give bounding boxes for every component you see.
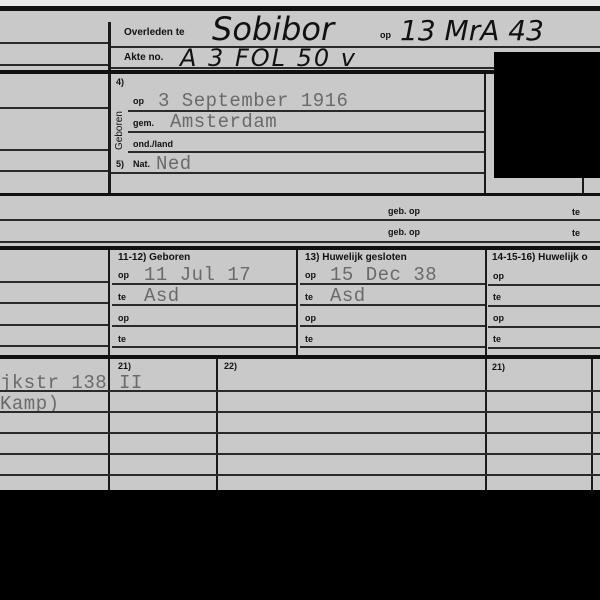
spouse-birth-row-label: te bbox=[118, 334, 126, 344]
column-divider bbox=[591, 359, 593, 490]
rule bbox=[112, 325, 296, 327]
marriage-row-label: te bbox=[305, 334, 313, 344]
rule bbox=[0, 453, 600, 455]
rule bbox=[0, 432, 600, 434]
column-divider bbox=[582, 176, 584, 194]
deed-no-label: Akte no. bbox=[124, 52, 163, 63]
rule bbox=[300, 325, 485, 327]
dissolved-row-label: te bbox=[493, 334, 501, 344]
rule bbox=[0, 390, 600, 392]
spouse-birth-row-label: op bbox=[118, 313, 129, 323]
rule bbox=[300, 346, 485, 348]
died-at-value: Sobibor bbox=[212, 10, 334, 48]
rule bbox=[128, 131, 486, 133]
parent1-place-label: te bbox=[572, 207, 580, 217]
rule bbox=[488, 305, 600, 307]
died-on-value: 13 MrA 43 bbox=[400, 14, 544, 47]
section-border bbox=[0, 355, 600, 359]
dissolved-row-label: op bbox=[493, 313, 504, 323]
redacted-photo-area bbox=[494, 52, 600, 178]
marriage-label: 13) Huwelijk gesloten bbox=[305, 252, 407, 263]
marriage-dissolved-label: 14-15-16) Huwelijk o bbox=[492, 252, 588, 263]
rule bbox=[0, 345, 108, 347]
birth-municipality-label: gem. bbox=[133, 118, 154, 128]
dissolved-row-label: op bbox=[493, 271, 504, 281]
nationality-label: Nat. bbox=[133, 159, 150, 169]
rule bbox=[0, 241, 600, 243]
column-divider bbox=[484, 74, 486, 194]
spouse-birth-row-label: op bbox=[118, 270, 129, 280]
rule bbox=[488, 284, 600, 286]
spouse-birth-row-label: te bbox=[118, 292, 126, 302]
rule bbox=[0, 302, 108, 304]
rule bbox=[0, 149, 108, 151]
birth-municipality-value: Amsterdam bbox=[170, 111, 277, 133]
dissolved-row-label: te bbox=[493, 292, 501, 302]
column-divider bbox=[296, 250, 298, 356]
spouse-birth-label: 11-12) Geboren bbox=[118, 252, 190, 263]
birth-date-label: op bbox=[133, 96, 144, 106]
marriage-row-label: op bbox=[305, 313, 316, 323]
rule bbox=[0, 281, 108, 283]
rule bbox=[0, 64, 110, 66]
rule bbox=[0, 170, 108, 172]
rule bbox=[112, 304, 296, 306]
section-border bbox=[0, 246, 600, 250]
column-21-label: 21) bbox=[118, 361, 131, 371]
birth-country-label: ond./land bbox=[133, 139, 173, 149]
column-21b-label: 21) bbox=[492, 362, 505, 372]
parent1-born-label: geb. op bbox=[388, 206, 420, 216]
column-22-label: 22) bbox=[224, 361, 237, 371]
rule bbox=[488, 347, 600, 349]
section-border bbox=[0, 193, 600, 196]
rule bbox=[0, 219, 600, 221]
nationality-number: 5) bbox=[116, 159, 124, 169]
birth-section-label: Geboren bbox=[114, 111, 125, 150]
birth-date-value: 3 September 1916 bbox=[158, 90, 348, 112]
parent2-born-label: geb. op bbox=[388, 227, 420, 237]
died-at-label: Overleden te bbox=[124, 27, 185, 38]
parent2-place-label: te bbox=[572, 228, 580, 238]
rule bbox=[300, 304, 485, 306]
rule bbox=[0, 324, 108, 326]
rule bbox=[488, 326, 600, 328]
rule bbox=[300, 283, 485, 285]
marriage-row-label: te bbox=[305, 292, 313, 302]
rule bbox=[112, 346, 296, 348]
marriage-row-label: op bbox=[305, 270, 316, 280]
column-divider bbox=[216, 359, 218, 490]
birth-section-number: 4) bbox=[116, 77, 124, 87]
died-on-label: op bbox=[380, 30, 391, 40]
rule bbox=[112, 283, 296, 285]
rule bbox=[111, 172, 486, 174]
rule bbox=[0, 42, 110, 44]
rule bbox=[0, 411, 600, 413]
rule bbox=[0, 107, 108, 109]
registration-card: Overleden te Sobibor op 13 MrA 43 Akte n… bbox=[0, 0, 600, 490]
rule bbox=[0, 474, 600, 476]
